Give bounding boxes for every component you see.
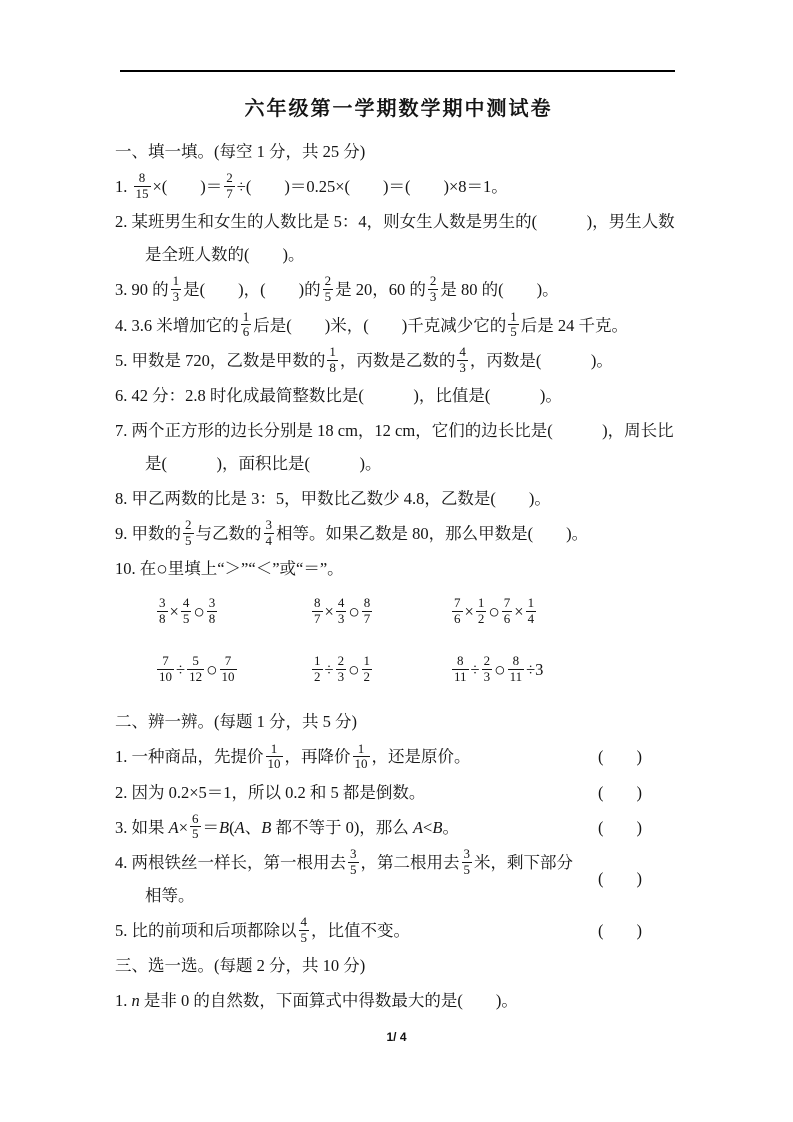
fraction: 16 [241,310,252,340]
fraction: 35 [348,847,359,877]
fraction: 35 [462,847,473,877]
fraction: 18 [327,345,338,375]
variable: B [432,818,442,837]
fraction: 34 [264,518,275,548]
comparison-circle: ○ [488,602,499,623]
fraction: 12 [476,596,487,626]
answer-bracket: ( ) [586,776,642,809]
fraction: 45 [299,915,310,945]
variable: A [413,818,423,837]
fill-question-8: 8. 甲乙两数的比是 3：5，甲数比乙数少 4.8，乙数是( )。 [115,482,682,515]
tf-question-text: 2. 因为 0.2×5＝1，所以 0.2 和 5 都是倒数。 [115,776,425,809]
fraction: 811 [452,654,469,684]
section1-header: 一、填一填。(每空 1 分，共 25 分) [115,135,682,168]
fill-question-5: 5. 甲数是 720，乙数是甲数的18，丙数是乙数的43，丙数是( )。 [115,344,682,377]
answer-bracket: ( ) [586,811,642,844]
page-title: 六年级第一学期数学期中测试卷 [115,92,682,121]
paper-content: 六年级第一学期数学期中测试卷 一、填一填。(每空 1 分，共 25 分) 1. … [115,86,682,1019]
answer-bracket: ( ) [586,914,642,947]
fraction: 45 [181,596,192,626]
section3-header: 三、选一选。(每题 2 分，共 10 分) [115,949,682,982]
fill-question-4: 4. 3.6 米增加它的16后是( )米，( )千克减少它的15后是 24 千克… [115,309,682,342]
fill-question-3: 3. 90 的13是( )，( )的25是 20，60 的23是 80 的( )… [115,273,682,306]
fraction: 38 [157,596,168,626]
variable: A [235,818,245,837]
fill-question-1: 1. 815×( )＝27÷( )＝0.25×( )＝( )×8＝1。 [115,170,682,203]
section2-header: 二、辨一辨。(每题 1 分，共 5 分) [115,705,682,738]
tf-question-1: 1. 一种商品，先提价110，再降价110，还是原价。 ( ) [115,740,682,773]
variable: A [169,818,179,837]
fraction: 87 [362,596,373,626]
variable: n [132,991,140,1010]
answer-bracket: ( ) [586,862,642,895]
compare-item-2-1: 710÷512○710 [155,656,310,686]
compare-item-2-3: 811÷23○811÷3 [450,656,682,686]
fraction: 815 [134,171,151,201]
fraction: 15 [508,310,519,340]
fraction: 43 [457,345,468,375]
fraction: 811 [508,654,525,684]
tf-question-text: 1. 一种商品，先提价110，再降价110，还是原价。 [115,740,471,773]
fraction: 38 [207,596,218,626]
comparison-circle: ○ [348,602,359,623]
fraction: 110 [266,742,283,772]
fraction: 23 [482,654,493,684]
compare-item-2-2: 12÷23○12 [310,656,450,686]
header-rule [120,70,675,72]
tf-question-3: 3. 如果 A×65＝B(A、B 都不等于 0)，那么 A<B。 ( ) [115,811,682,844]
fraction: 12 [362,654,373,684]
test-paper-page: 六年级第一学期数学期中测试卷 一、填一填。(每空 1 分，共 25 分) 1. … [0,0,793,1122]
fraction: 14 [526,596,537,626]
compare-item-1-1: 38×45○38 [155,598,310,628]
fraction: 76 [502,596,513,626]
compare-item-1-2: 87×43○87 [310,598,450,628]
fraction: 23 [336,654,347,684]
fraction: 110 [353,742,370,772]
variable: B [261,818,271,837]
fraction: 23 [428,274,439,304]
fraction: 76 [452,596,463,626]
answer-bracket: ( ) [586,740,642,773]
page-number: 1/ 4 [0,1030,793,1044]
fill-question-6: 6. 42 分：2.8 时化成最简整数比是( )，比值是( )。 [115,379,682,412]
comparison-circle: ○ [206,660,217,681]
tf-question-5: 5. 比的前项和后项都除以45，比值不变。 ( ) [115,914,682,947]
fraction: 13 [171,274,182,304]
fraction: 710 [157,654,174,684]
fraction: 65 [190,812,201,842]
fraction: 25 [183,518,194,548]
fraction: 27 [224,171,235,201]
tf-question-text: 4. 两根铁丝一样长，第一根用去35，第二根用去35米，剩下部分相等。 [115,846,586,912]
fraction: 25 [323,274,334,304]
comparison-circle: ○ [494,660,505,681]
comparison-circle: ○ [193,602,204,623]
fill-question-7: 7. 两个正方形的边长分别是 18 cm，12 cm，它们的边长比是( )，周长… [115,414,682,480]
variable: B [219,818,229,837]
fill-question-10: 10. 在○里填上“＞”“＜”或“＝”。 [115,552,682,585]
fraction: 87 [312,596,323,626]
tf-question-4: 4. 两根铁丝一样长，第一根用去35，第二根用去35米，剩下部分相等。 ( ) [115,846,682,912]
tf-question-text: 5. 比的前项和后项都除以45，比值不变。 [115,914,410,947]
fill-question-9: 9. 甲数的25与乙数的34相等。如果乙数是 80，那么甲数是( )。 [115,517,682,550]
choice-question-1: 1. n 是非 0 的自然数，下面算式中得数最大的是( )。 [115,984,682,1017]
compare-item-1-3: 76×12○76×14 [450,598,682,628]
fill-question-2: 2. 某班男生和女生的人数比是 5：4，则女生人数是男生的( )，男生人数是全班… [115,205,682,271]
comparison-circle: ○ [348,660,359,681]
fraction: 43 [336,596,347,626]
tf-question-2: 2. 因为 0.2×5＝1，所以 0.2 和 5 都是倒数。 ( ) [115,776,682,809]
tf-question-text: 3. 如果 A×65＝B(A、B 都不等于 0)，那么 A<B。 [115,811,459,844]
compare-row-1: 38×45○38 87×43○87 76×12○76×14 [155,589,682,637]
fraction: 12 [312,654,323,684]
fraction: 512 [187,654,204,684]
comparison-circle: ○ [156,559,167,580]
fraction: 710 [220,654,237,684]
compare-row-2: 710÷512○710 12÷23○12 811÷23○811÷3 [155,647,682,695]
